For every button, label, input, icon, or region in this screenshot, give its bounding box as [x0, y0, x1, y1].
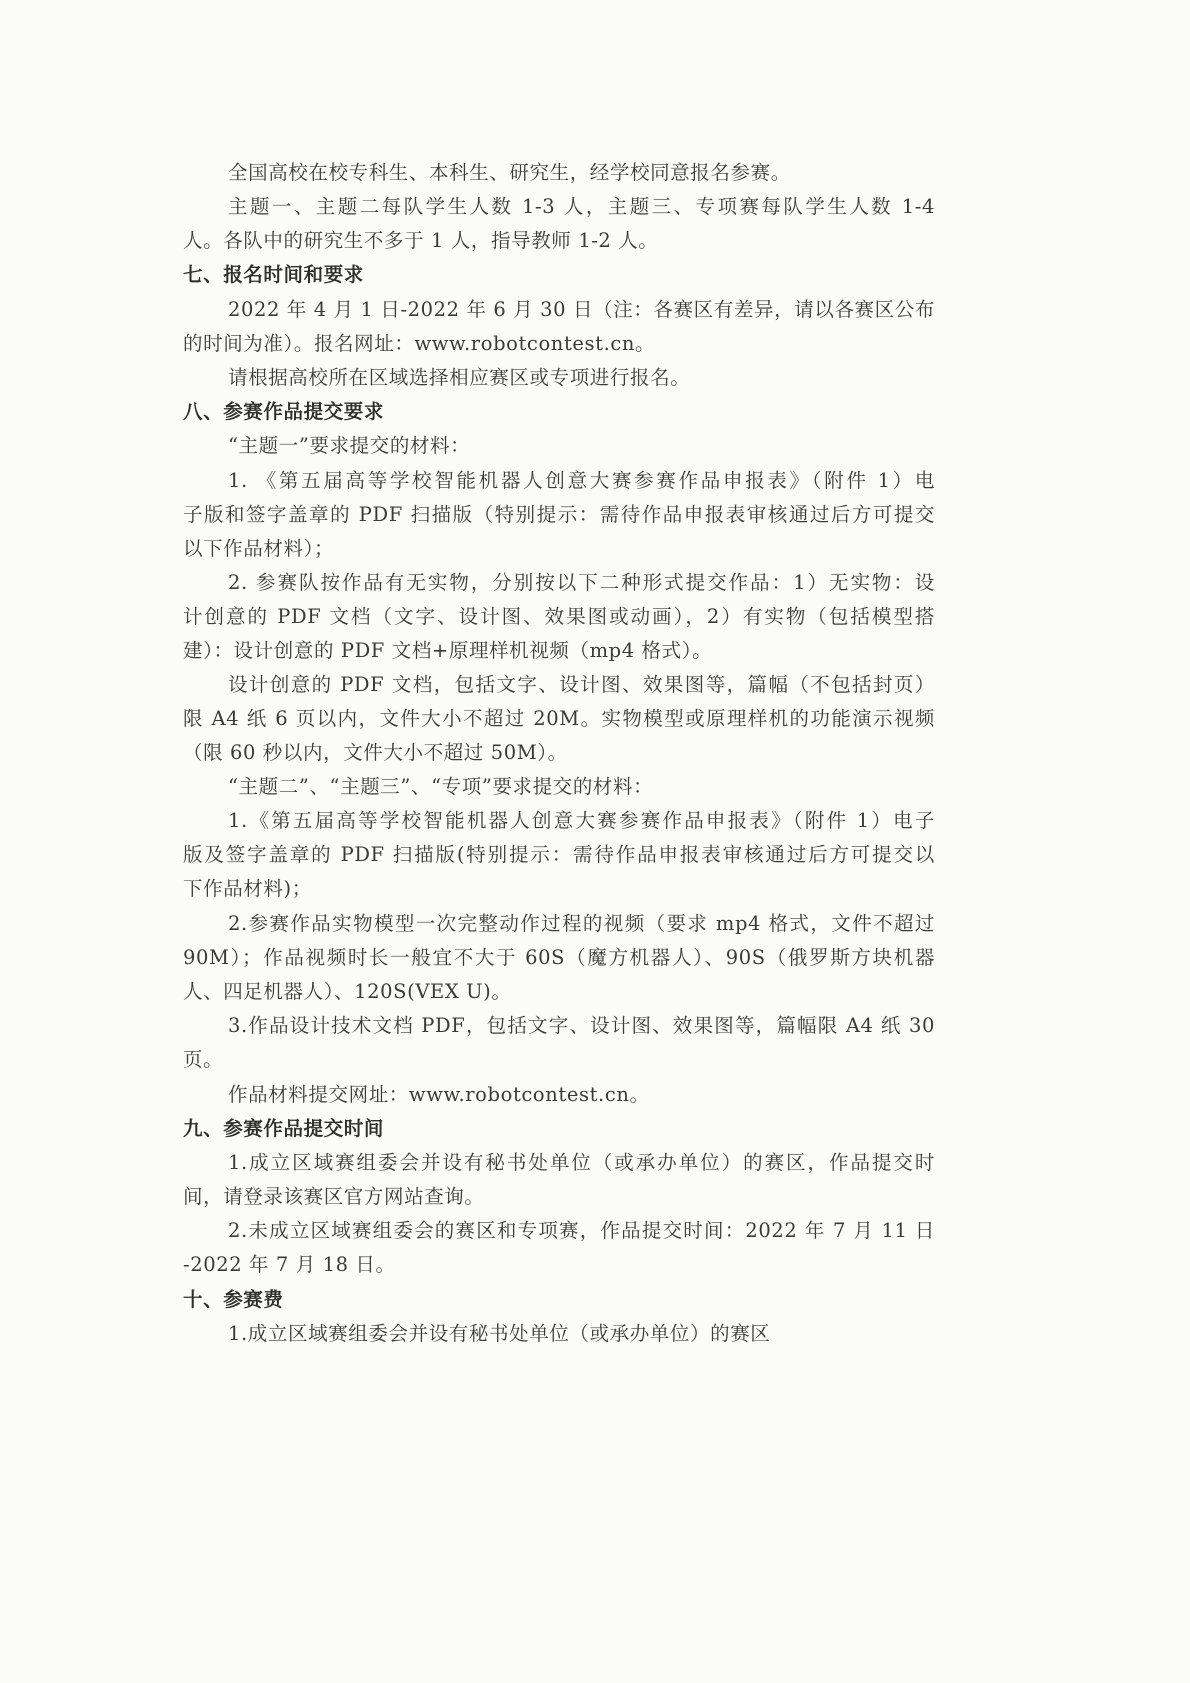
theme1-materials-intro: “主题一”要求提交的材料：: [228, 429, 470, 463]
theme1-item1-line-3: 以下作品材料）；: [183, 532, 334, 566]
theme1-pdf-spec-line-3: （限 60 秒以内，文件大小不超过 50M）。: [183, 736, 568, 770]
theme23-item2-line-1: 2.参赛作品实物模型一次完整动作过程的视频（要求 mp4 格式，文件不超过: [228, 907, 935, 941]
registration-dates-line-2: 的时间为准）。报名网址：www.robotcontest.cn。: [183, 327, 655, 361]
section-heading-submission-time: 九、参赛作品提交时间: [183, 1112, 384, 1146]
theme1-item2-line-3: 建）：设计创意的 PDF 文档+原理样机视频（mp4 格式）。: [183, 634, 712, 668]
theme1-pdf-spec-line-1: 设计创意的 PDF 文档，包括文字、设计图、效果图等，篇幅（不包括封页）: [228, 668, 935, 702]
theme23-item3-line-1: 3.作品设计技术文档 PDF，包括文字、设计图、效果图等，篇幅限 A4 纸 30: [228, 1009, 935, 1043]
theme1-item1-line-2: 子版和签字盖章的 PDF 扫描版（特别提示：需待作品申报表审核通过后方可提交: [183, 498, 935, 532]
paragraph-eligibility: 全国高校在校专科生、本科生、研究生，经学校同意报名参赛。: [228, 156, 791, 190]
section-heading-submission-requirements: 八、参赛作品提交要求: [183, 395, 384, 429]
theme1-pdf-spec-line-2: 限 A4 纸 6 页以内，文件大小不超过 20M。实物模型或原理样机的功能演示视…: [183, 702, 935, 736]
theme23-item1-line-2: 版及签字盖章的 PDF 扫描版(特别提示：需待作品申报表审核通过后方可提交以: [183, 838, 935, 872]
registration-dates-line-1: 2022 年 4 月 1 日-2022 年 6 月 30 日（注：各赛区有差异，…: [228, 293, 935, 327]
submission-time-item1-line-2: 间，请登录该赛区官方网站查询。: [183, 1180, 485, 1214]
theme1-item2-line-1: 2. 参赛队按作品有无实物，分别按以下二种形式提交作品：1）无实物：设: [228, 566, 935, 600]
section-heading-entry-fee: 十、参赛费: [183, 1283, 284, 1317]
registration-region-note: 请根据高校所在区域选择相应赛区或专项进行报名。: [228, 361, 690, 395]
theme23-materials-intro: “主题二”、“主题三”、“专项”要求提交的材料：: [228, 770, 653, 804]
theme1-item2-line-2: 计创意的 PDF 文档（文字、设计图、效果图或动画），2）有实物（包括模型搭: [183, 600, 935, 634]
theme23-item2-line-2: 90M）；作品视频时长一般宜不大于 60S（魔方机器人）、90S（俄罗斯方块机器: [183, 941, 935, 975]
paragraph-team-size-line-1: 主题一、主题二每队学生人数 1-3 人，主题三、专项赛每队学生人数 1-4: [228, 190, 935, 224]
entry-fee-item1: 1.成立区域赛组委会并设有秘书处单位（或承办单位）的赛区: [228, 1317, 770, 1351]
submission-url: 作品材料提交网址：www.robotcontest.cn。: [228, 1078, 650, 1112]
paragraph-team-size-line-2: 人。各队中的研究生不多于 1 人，指导教师 1-2 人。: [183, 224, 658, 258]
submission-time-item2-line-1: 2.未成立区域赛组委会的赛区和专项赛，作品提交时间：2022 年 7 月 11 …: [228, 1214, 935, 1248]
section-heading-registration: 七、报名时间和要求: [183, 258, 364, 292]
theme23-item2-line-3: 人、四足机器人）、120S(VEX U)。: [183, 975, 511, 1009]
theme23-item1-line-1: 1.《第五届高等学校智能机器人创意大赛参赛作品申报表》（附件 1）电子: [228, 804, 935, 838]
theme23-item3-line-2: 页。: [183, 1043, 223, 1077]
theme1-item1-line-1: 1. 《第五届高等学校智能机器人创意大赛参赛作品申报表》（附件 1）电: [228, 464, 935, 498]
submission-time-item2-line-2: -2022 年 7 月 18 日。: [183, 1248, 396, 1282]
theme23-item1-line-3: 下作品材料)；: [183, 872, 312, 906]
submission-time-item1-line-1: 1.成立区域赛组委会并设有秘书处单位（或承办单位）的赛区，作品提交时: [228, 1146, 935, 1180]
